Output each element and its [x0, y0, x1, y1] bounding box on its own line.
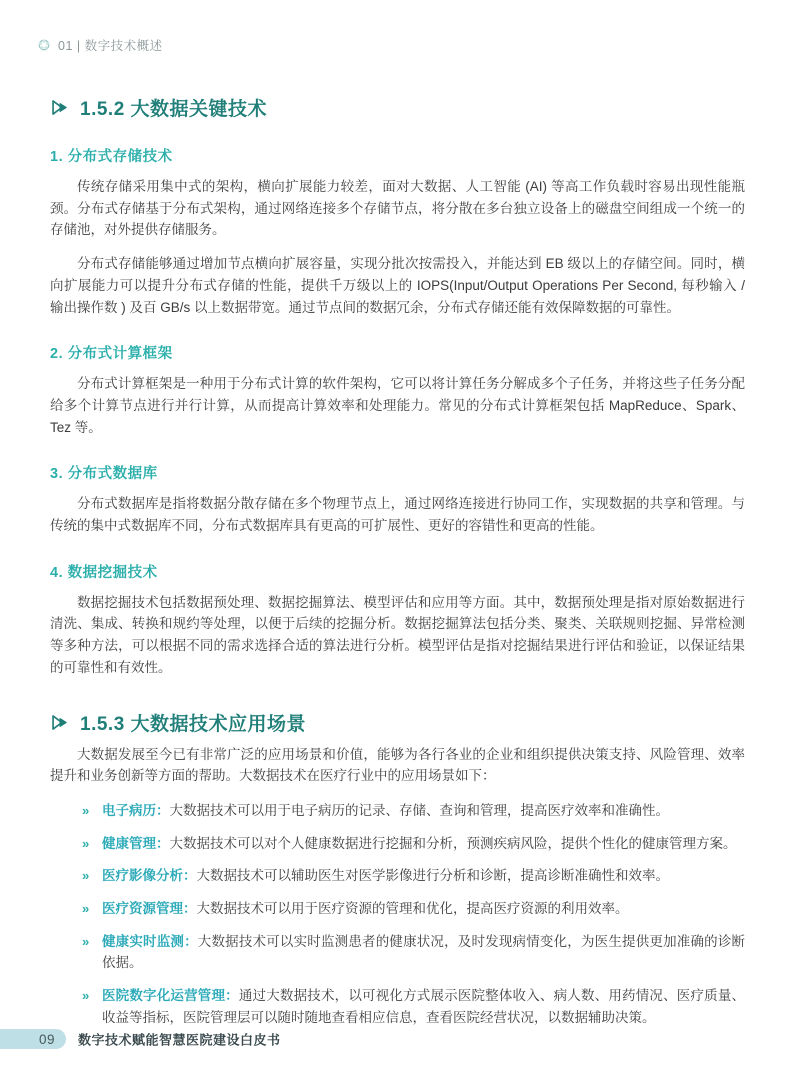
page-footer: 09 数字技术赋能智慧医院建设白皮书: [0, 1029, 793, 1049]
sub-heading-3: 3. 分布式数据库: [50, 462, 745, 483]
paragraph: 分布式数据库是指将数据分散存储在多个物理节点上，通过网络连接进行协同工作，实现数…: [50, 493, 745, 536]
list-item-label: 医院数字化运营管理：: [102, 988, 239, 1003]
running-header-label: 01 | 数字技术概述: [58, 36, 163, 54]
list-item-text: 健康实时监测：大数据技术可以实时监测患者的健康状况，及时发现病情变化，为医生提供…: [102, 931, 745, 974]
list-item-text: 电子病历：大数据技术可以用于电子病历的记录、存储、查询和管理，提高医疗效率和准确…: [102, 800, 745, 822]
guillemet-bullet-icon: »: [82, 985, 102, 1007]
page-number: 09: [39, 1032, 55, 1047]
list-item-label: 健康管理：: [102, 836, 170, 851]
paragraph: 数据挖掘技术包括数据预处理、数据挖掘算法、模型评估和应用等方面。其中，数据预处理…: [50, 592, 745, 679]
list-item: » 医疗影像分析：大数据技术可以辅助医生对医学影像进行分析和诊断，提高诊断准确性…: [50, 865, 745, 887]
list-item-text: 医院数字化运营管理：通过大数据技术，以可视化方式展示医院整体收入、病人数、用药情…: [102, 985, 745, 1028]
document-page: 01 | 数字技术概述 1.5.2 大数据关键技术 1. 分布式存储技术 传统存…: [0, 0, 793, 1077]
list-item-label: 电子病历：: [102, 803, 170, 818]
list-item: » 健康管理：大数据技术可以对个人健康数据进行挖掘和分析，预测疾病风险，提供个性…: [50, 833, 745, 855]
list-item: » 医院数字化运营管理：通过大数据技术，以可视化方式展示医院整体收入、病人数、用…: [50, 985, 745, 1028]
page-content: 1.5.2 大数据关键技术 1. 分布式存储技术 传统存储采用集中式的架构，横向…: [50, 94, 745, 1040]
list-item-desc: 大数据技术可以用于医疗资源的管理和优化，提高医疗资源的利用效率。: [197, 901, 629, 916]
double-chevron-icon: [50, 97, 71, 118]
double-chevron-icon: [50, 712, 71, 733]
list-item-desc: 大数据技术可以辅助医生对医学影像进行分析和诊断，提高诊断准确性和效率。: [197, 868, 670, 883]
list-item-text: 医疗影像分析：大数据技术可以辅助医生对医学影像进行分析和诊断，提高诊断准确性和效…: [102, 865, 745, 887]
sub-heading-2: 2. 分布式计算框架: [50, 342, 745, 363]
list-item-label: 医疗影像分析：: [102, 868, 197, 883]
section-intro: 大数据发展至今已有非常广泛的应用场景和价值，能够为各行各业的企业和组织提供决策支…: [50, 744, 745, 787]
section-title-text: 1.5.3 大数据技术应用场景: [80, 709, 306, 736]
paragraph: 分布式存储能够通过增加节点横向扩展容量，实现分批次按需投入，并能达到 EB 级以…: [50, 253, 745, 318]
list-item: » 电子病历：大数据技术可以用于电子病历的记录、存储、查询和管理，提高医疗效率和…: [50, 800, 745, 822]
seal-icon: [36, 37, 52, 53]
list-item: » 健康实时监测：大数据技术可以实时监测患者的健康状况，及时发现病情变化，为医生…: [50, 931, 745, 974]
sub-heading-1: 1. 分布式存储技术: [50, 145, 745, 166]
guillemet-bullet-icon: »: [82, 931, 102, 953]
paragraph: 传统存储采用集中式的架构，横向扩展能力较差，面对大数据、人工智能 (AI) 等高…: [50, 176, 745, 241]
list-item-text: 医疗资源管理：大数据技术可以用于医疗资源的管理和优化，提高医疗资源的利用效率。: [102, 898, 745, 920]
footer-book-title: 数字技术赋能智慧医院建设白皮书: [78, 1030, 281, 1049]
list-item-label: 健康实时监测：: [102, 934, 198, 949]
guillemet-bullet-icon: »: [82, 833, 102, 855]
sub-heading-4: 4. 数据挖掘技术: [50, 561, 745, 582]
list-item-text: 健康管理：大数据技术可以对个人健康数据进行挖掘和分析，预测疾病风险，提供个性化的…: [102, 833, 745, 855]
paragraph: 分布式计算框架是一种用于分布式计算的软件架构，它可以将计算任务分解成多个子任务，…: [50, 373, 745, 438]
list-item-desc: 大数据技术可以实时监测患者的健康状况，及时发现病情变化，为医生提供更加准确的诊断…: [102, 934, 745, 971]
list-item-desc: 大数据技术可以对个人健康数据进行挖掘和分析，预测疾病风险，提供个性化的健康管理方…: [170, 836, 737, 851]
section-title-text: 1.5.2 大数据关键技术: [80, 94, 267, 121]
guillemet-bullet-icon: »: [82, 898, 102, 920]
list-item-desc: 大数据技术可以用于电子病历的记录、存储、查询和管理，提高医疗效率和准确性。: [170, 803, 670, 818]
section-title-152: 1.5.2 大数据关键技术: [50, 94, 745, 121]
guillemet-bullet-icon: »: [82, 800, 102, 822]
list-item: » 医疗资源管理：大数据技术可以用于医疗资源的管理和优化，提高医疗资源的利用效率…: [50, 898, 745, 920]
application-bullet-list: » 电子病历：大数据技术可以用于电子病历的记录、存储、查询和管理，提高医疗效率和…: [50, 800, 745, 1029]
list-item-label: 医疗资源管理：: [102, 901, 197, 916]
page-number-badge: 09: [0, 1029, 66, 1049]
running-header: 01 | 数字技术概述: [36, 36, 163, 54]
section-title-153: 1.5.3 大数据技术应用场景: [50, 709, 745, 736]
guillemet-bullet-icon: »: [82, 865, 102, 887]
